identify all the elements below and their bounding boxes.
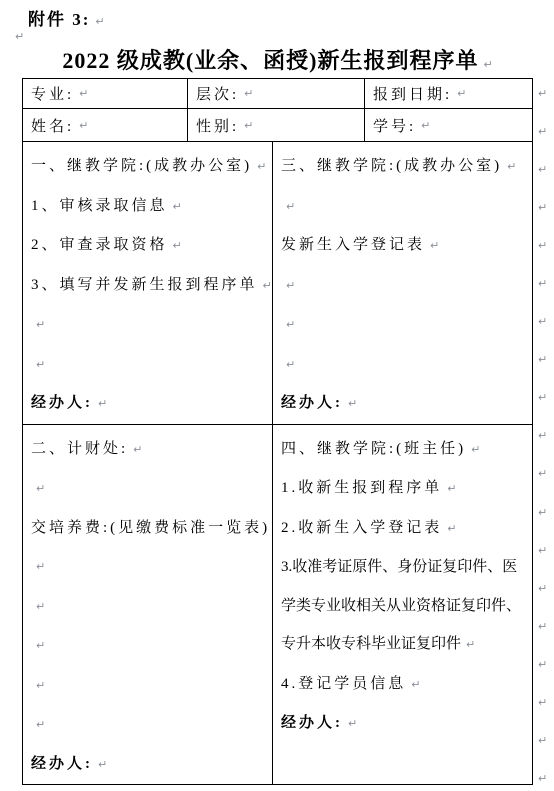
section-line: 发新生入学登记表↵ (281, 226, 532, 266)
section-cell-step1-jijiao-office: 一、继教学院:(成教办公室)↵1、审核录取信息↵2、审查录取资格↵3、填写并发新… (23, 142, 273, 424)
paragraph-mark-icon: ↵ (538, 506, 547, 519)
paragraph-mark-icon: ↵ (36, 667, 45, 706)
margin-mark-slot: ↵ (538, 226, 554, 264)
paragraph-mark-icon: ↵ (98, 746, 107, 785)
paragraph-mark-icon: ↵ (447, 470, 456, 509)
margin-mark-slot: ↵ (538, 379, 554, 417)
section-empty-line: ↵ (281, 187, 532, 227)
section-line-text: 发新生入学登记表 (281, 237, 425, 253)
paragraph-mark-icon: ↵ (483, 58, 492, 71)
paragraph-mark-icon: ↵ (286, 188, 295, 227)
paragraph-mark-icon: ↵ (286, 267, 295, 306)
paragraph-mark-icon: ↵ (36, 627, 45, 666)
section-cell-step3-jijiao-office: 三、继教学院:(成教办公室)↵↵发新生入学登记表↵↵↵↵经办人:↵ (273, 142, 532, 424)
paragraph-mark-icon: ↵ (348, 705, 357, 744)
paragraph-mark-icon: ↵ (36, 588, 45, 627)
section-line: 二、计财处:↵ (31, 430, 272, 470)
margin-mark-slot: ↵ (538, 188, 554, 226)
field-cell-name: 姓名:↵ (23, 109, 188, 141)
paragraph-mark-icon: ↵ (286, 346, 295, 385)
paragraph-mark-icon: ↵ (411, 666, 420, 705)
attachment-label: 附件 3:↵ (28, 5, 105, 30)
page-title-text: 2022 级成教(业余、函授)新生报到程序单 (62, 48, 478, 73)
paragraph-mark-icon: ↵ (538, 772, 547, 785)
field-label-student-id: 学号: (373, 115, 416, 136)
paragraph-mark-icon: ↵ (244, 119, 253, 132)
paragraph-mark-icon: ↵ (15, 30, 24, 43)
handler-label-text: 经办人: (31, 756, 93, 772)
paragraph-mark-icon: ↵ (447, 510, 456, 549)
margin-mark-slot: ↵ (538, 303, 554, 341)
handler-label-text: 经办人: (281, 715, 343, 731)
paragraph-mark-icon: ↵ (538, 544, 547, 557)
margin-mark-slot: ↵ (538, 493, 554, 531)
margin-mark-slot: ↵ (538, 455, 554, 493)
section-line: 一、继教学院:(成教办公室)↵ (31, 147, 272, 187)
field-cell-gender: 性别:↵ (188, 109, 365, 141)
section-line: 4.登记学员信息↵ (281, 665, 532, 705)
section-line: 3、填写并发新生报到程序单↵ (31, 266, 272, 306)
field-cell-report-date: 报到日期:↵ (365, 79, 532, 108)
section-empty-line: ↵ (31, 345, 272, 385)
field-label-name: 姓名: (31, 115, 74, 136)
margin-mark-slot: ↵ (538, 645, 554, 683)
handler-label-text: 经办人: (281, 395, 343, 411)
section-cell-step4-class-teacher: 四、继教学院:(班主任)↵1.收新生报到程序单↵2.收新生入学登记表↵3.收准考… (273, 425, 532, 785)
margin-mark-slot: ↵ (538, 722, 554, 760)
handler-label: 经办人:↵ (31, 745, 272, 785)
paragraph-mark-icon: ↵ (538, 429, 547, 442)
registration-procedure-table: 专业:↵ 层次:↵ 报到日期:↵ 姓名:↵ 性别:↵ 学号:↵ 一、继教学院:(… (22, 78, 533, 785)
paragraph-mark-icon: ↵ (244, 87, 253, 100)
paragraph-mark-icon: ↵ (286, 306, 295, 345)
paragraph-mark-icon: ↵ (36, 470, 45, 509)
section-line-text: 3、填写并发新生报到程序单 (31, 277, 258, 293)
section-line: 3.收准考证原件、身份证复印件、医学类专业收相关从业资格证复印件、专升本收专科毕… (281, 548, 532, 665)
margin-mark-slot: ↵ (538, 531, 554, 569)
paragraph-mark-icon: ↵ (79, 87, 88, 100)
section-line-text: 交培养费:(见缴费标准一览表) (31, 520, 270, 536)
section-line: 2.收新生入学登记表↵ (281, 509, 532, 549)
section-line: 1.收新生报到程序单↵ (281, 469, 532, 509)
attachment-label-text: 附件 3: (28, 10, 90, 29)
paragraph-mark-icon: ↵ (457, 87, 466, 100)
paragraph-mark-icon: ↵ (507, 148, 516, 187)
margin-mark-slot: ↵ (538, 684, 554, 722)
paragraph-mark-icon: ↵ (538, 391, 547, 404)
field-label-gender: 性别: (196, 115, 239, 136)
field-label-report-date: 报到日期: (373, 83, 452, 104)
margin-mark-slot: ↵ (538, 341, 554, 379)
paragraph-mark-icon: ↵ (36, 706, 45, 745)
paragraph-mark-icon: ↵ (538, 239, 547, 252)
paragraph-mark-icon: ↵ (538, 353, 547, 366)
paragraph-mark-icon: ↵ (538, 620, 547, 633)
section-empty-line: ↵ (31, 469, 272, 509)
section-line-text: 1.收新生报到程序单 (281, 480, 442, 496)
section-line: 三、继教学院:(成教办公室)↵ (281, 147, 532, 187)
paragraph-mark-icon: ↵ (257, 148, 266, 187)
margin-mark-slot: ↵ (538, 760, 554, 791)
section-line-text: 4.登记学员信息 (281, 676, 406, 692)
table-row-sections-1-3: 一、继教学院:(成教办公室)↵1、审核录取信息↵2、审查录取资格↵3、填写并发新… (23, 142, 532, 425)
paragraph-mark-icon: ↵ (538, 163, 547, 176)
paragraph-mark-icon: ↵ (538, 467, 547, 480)
margin-mark-slot: ↵ (538, 74, 554, 112)
paragraph-mark-icon: ↵ (173, 188, 182, 227)
paragraph-mark-icon: ↵ (79, 119, 88, 132)
paragraph-mark-icon: ↵ (538, 315, 547, 328)
paragraph-mark-icon: ↵ (430, 227, 439, 266)
handler-label: 经办人:↵ (281, 704, 532, 744)
empty-paragraph: ↵ (10, 27, 24, 45)
section-line: 1、审核录取信息↵ (31, 187, 272, 227)
paragraph-mark-icon: ↵ (263, 267, 272, 306)
handler-label: 经办人:↵ (31, 384, 272, 424)
paragraph-mark-icon: ↵ (36, 346, 45, 385)
document-page: 附件 3:↵ ↵ 2022 级成教(业余、函授)新生报到程序单↵ 专业:↵ 层次… (0, 0, 554, 791)
margin-mark-slot: ↵ (538, 112, 554, 150)
margin-mark-slot: ↵ (538, 417, 554, 455)
margin-mark-slot: ↵ (538, 569, 554, 607)
paragraph-mark-icon: ↵ (95, 15, 104, 28)
field-label-major: 专业: (31, 83, 74, 104)
section-empty-line: ↵ (281, 345, 532, 385)
paragraph-mark-icon: ↵ (471, 431, 480, 470)
paragraph-mark-icon: ↵ (98, 385, 107, 424)
margin-mark-slot: ↵ (538, 607, 554, 645)
section-empty-line: ↵ (281, 305, 532, 345)
page-title: 2022 级成教(业余、函授)新生报到程序单↵ (22, 44, 533, 75)
section-empty-line: ↵ (281, 266, 532, 306)
section-empty-line: ↵ (31, 587, 272, 627)
paragraph-mark-icon: ↵ (538, 582, 547, 595)
field-cell-student-id: 学号:↵ (365, 109, 532, 141)
paragraph-mark-icon: ↵ (538, 696, 547, 709)
table-row-sections-2-4: 二、计财处:↵↵交培养费:(见缴费标准一览表)↵↵↵↵↵经办人:↵ 四、继教学院… (23, 425, 532, 785)
paragraph-mark-icon: ↵ (538, 87, 547, 100)
paragraph-mark-icon: ↵ (348, 385, 357, 424)
table-row-info-2: 姓名:↵ 性别:↵ 学号:↵ (23, 109, 532, 142)
section-line-text: 2、审查录取资格 (31, 237, 168, 253)
section-line: 交培养费:(见缴费标准一览表)↵ (31, 509, 272, 587)
margin-mark-slot: ↵ (538, 264, 554, 302)
table-row-info-1: 专业:↵ 层次:↵ 报到日期:↵ (23, 79, 532, 109)
paragraph-mark-icon: ↵ (133, 431, 142, 470)
paragraph-mark-icon: ↵ (36, 306, 45, 345)
section-line: 四、继教学院:(班主任)↵ (281, 430, 532, 470)
section-empty-line: ↵ (31, 666, 272, 706)
section-line-text: 3.收准考证原件、身份证复印件、医学类专业收相关从业资格证复印件、专升本收专科毕… (281, 559, 521, 652)
section-line-text: 1、审核录取信息 (31, 198, 168, 214)
paragraph-mark-icon: ↵ (538, 201, 547, 214)
section-line: 2、审查录取资格↵ (31, 226, 272, 266)
section-line-text: 四、继教学院:(班主任) (281, 441, 466, 457)
section-empty-line: ↵ (31, 705, 272, 745)
paragraph-mark-icon: ↵ (36, 548, 45, 587)
handler-label: 经办人:↵ (281, 384, 532, 424)
paragraph-mark-icon: ↵ (173, 227, 182, 266)
section-line-text: 一、继教学院:(成教办公室) (31, 158, 252, 174)
handler-label-text: 经办人: (31, 395, 93, 411)
field-cell-major: 专业:↵ (23, 79, 188, 108)
section-empty-line: ↵ (31, 305, 272, 345)
paragraph-mark-icon: ↵ (538, 734, 547, 747)
section-line-text: 二、计财处: (31, 441, 128, 457)
margin-mark-slot: ↵ (538, 150, 554, 188)
paragraph-mark-icon: ↵ (538, 658, 547, 671)
field-cell-level: 层次:↵ (188, 79, 365, 108)
section-empty-line: ↵ (31, 626, 272, 666)
paragraph-mark-icon: ↵ (538, 277, 547, 290)
paragraph-mark-icon: ↵ (466, 626, 475, 665)
section-line-text: 2.收新生入学登记表 (281, 520, 442, 536)
section-line-text: 三、继教学院:(成教办公室) (281, 158, 502, 174)
section-cell-step2-finance: 二、计财处:↵↵交培养费:(见缴费标准一览表)↵↵↵↵↵经办人:↵ (23, 425, 273, 785)
paragraph-mark-icon: ↵ (538, 125, 547, 138)
field-label-level: 层次: (196, 83, 239, 104)
paragraph-mark-icon: ↵ (421, 119, 430, 132)
margin-paragraph-marks: ↵↵↵↵↵↵↵↵↵↵↵↵↵↵↵↵↵↵↵ (538, 74, 554, 791)
